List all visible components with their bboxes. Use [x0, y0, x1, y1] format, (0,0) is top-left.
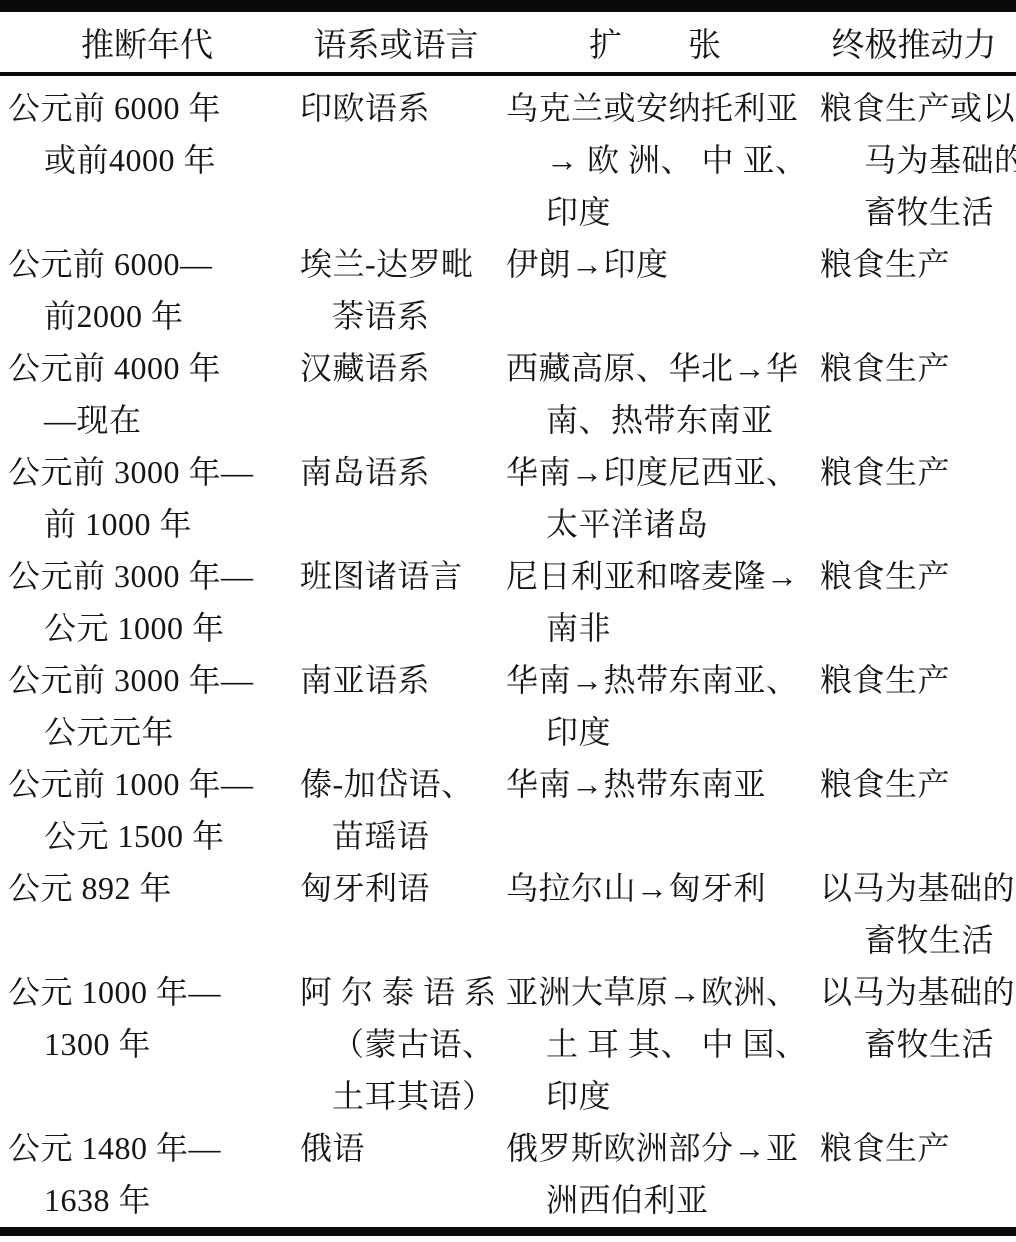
expansion-cell: 乌拉尔山→匈牙利	[498, 862, 812, 914]
table-row: 公元 892 年 匈牙利语 乌拉尔山→匈牙利 以马为基础的 畜牧生活	[0, 862, 1016, 966]
cell-line: 伊朗→印度	[498, 238, 812, 290]
table-row: 公元前 6000— 前2000 年 埃兰-达罗毗 荼语系 伊朗→印度 粮食生产	[0, 238, 1016, 342]
cell-line: 粮食生产	[812, 1122, 1016, 1174]
date-cell: 公元前 1000 年— 公元 1500 年	[0, 758, 294, 862]
family-cell: 阿 尔 泰 语 系 （蒙古语、 土耳其语）	[294, 966, 498, 1122]
cell-line: 前2000 年	[0, 290, 294, 342]
cell-line: 粮食生产	[812, 446, 1016, 498]
force-cell: 粮食生产	[812, 446, 1016, 498]
cell-line: 西藏高原、华北→华	[498, 342, 812, 394]
cell-line: 乌拉尔山→匈牙利	[498, 862, 812, 914]
cell-line: 公元 1000 年—	[0, 966, 294, 1018]
cell-line: 太平洋诸岛	[498, 498, 812, 550]
table-row: 公元前 3000 年— 公元元年 南亚语系 华南→热带东南亚、 印度 粮食生产	[0, 654, 1016, 758]
cell-line: 印度	[498, 706, 812, 758]
table-row: 公元前 4000 年 —现在 汉藏语系 西藏高原、华北→华 南、热带东南亚 粮食…	[0, 342, 1016, 446]
force-cell: 粮食生产或以 马为基础的 畜牧生活	[812, 82, 1016, 238]
date-cell: 公元 1000 年— 1300 年	[0, 966, 294, 1070]
cell-line: 公元元年	[0, 706, 294, 758]
date-cell: 公元 1480 年— 1638 年	[0, 1122, 294, 1226]
cell-line: 粮食生产	[812, 654, 1016, 706]
header-expansion: 扩 张	[498, 19, 812, 66]
book-table-page: 推断年代 语系或语言 扩 张 终极推动力 公元前 6000 年 或前4000 年…	[0, 0, 1016, 1242]
cell-line: 亚洲大草原→欧洲、	[498, 966, 812, 1018]
expansion-cell: 伊朗→印度	[498, 238, 812, 290]
expansion-cell: 华南→热带东南亚	[498, 758, 812, 810]
cell-line: 或前4000 年	[0, 134, 294, 186]
cell-line: 以马为基础的	[812, 966, 1016, 1018]
family-cell: 埃兰-达罗毗 荼语系	[294, 238, 498, 342]
expansion-cell: 俄罗斯欧洲部分→亚 洲西伯利亚	[498, 1122, 812, 1226]
date-cell: 公元前 3000 年— 公元 1000 年	[0, 550, 294, 654]
expansion-cell: 西藏高原、华北→华 南、热带东南亚	[498, 342, 812, 446]
expansion-cell: 尼日利亚和喀麦隆→ 南非	[498, 550, 812, 654]
cell-line: 南亚语系	[294, 654, 498, 706]
force-cell: 粮食生产	[812, 550, 1016, 602]
cell-line: 畜牧生活	[812, 1018, 1016, 1070]
cell-line: 公元前 6000—	[0, 238, 294, 290]
date-cell: 公元前 6000 年 或前4000 年	[0, 82, 294, 186]
cell-line: 土 耳 其、 中 国、	[498, 1018, 812, 1070]
cell-line: 畜牧生活	[812, 914, 1016, 966]
family-cell: 傣-加岱语、 苗瑶语	[294, 758, 498, 862]
header-family: 语系或语言	[294, 19, 498, 66]
date-cell: 公元前 3000 年— 前 1000 年	[0, 446, 294, 550]
table-body: 公元前 6000 年 或前4000 年 印欧语系 乌克兰或安纳托利亚 → 欧 洲…	[0, 76, 1016, 1226]
force-cell: 以马为基础的 畜牧生活	[812, 966, 1016, 1070]
header-date: 推断年代	[0, 19, 294, 66]
cell-line: 阿 尔 泰 语 系	[294, 966, 498, 1018]
cell-line: 公元前 3000 年—	[0, 654, 294, 706]
cell-line: 以马为基础的	[812, 862, 1016, 914]
expansion-cell: 华南→印度尼西亚、 太平洋诸岛	[498, 446, 812, 550]
family-cell: 俄语	[294, 1122, 498, 1174]
cell-line: 马为基础的	[812, 134, 1016, 186]
bottom-rule	[0, 1227, 1016, 1236]
force-cell: 粮食生产	[812, 342, 1016, 394]
cell-line: 前 1000 年	[0, 498, 294, 550]
cell-line: 公元 1000 年	[0, 602, 294, 654]
cell-line: 粮食生产	[812, 238, 1016, 290]
date-cell: 公元前 6000— 前2000 年	[0, 238, 294, 342]
cell-line: 华南→印度尼西亚、	[498, 446, 812, 498]
table-row: 公元前 3000 年— 前 1000 年 南岛语系 华南→印度尼西亚、 太平洋诸…	[0, 446, 1016, 550]
cell-line: 洲西伯利亚	[498, 1174, 812, 1226]
force-cell: 粮食生产	[812, 238, 1016, 290]
cell-line: 粮食生产或以	[812, 82, 1016, 134]
cell-line: 公元前 1000 年—	[0, 758, 294, 810]
table-row: 公元前 1000 年— 公元 1500 年 傣-加岱语、 苗瑶语 华南→热带东南…	[0, 758, 1016, 862]
cell-line: 匈牙利语	[294, 862, 498, 914]
cell-line: 印度	[498, 1070, 812, 1122]
header-force: 终极推动力	[812, 19, 1016, 66]
cell-line: 俄罗斯欧洲部分→亚	[498, 1122, 812, 1174]
cell-line: 荼语系	[294, 290, 498, 342]
cell-line: 乌克兰或安纳托利亚	[498, 82, 812, 134]
cell-line: 公元前 6000 年	[0, 82, 294, 134]
cell-line: 埃兰-达罗毗	[294, 238, 498, 290]
cell-line: 公元前 3000 年—	[0, 550, 294, 602]
cell-line: 南非	[498, 602, 812, 654]
cell-line: 汉藏语系	[294, 342, 498, 394]
cell-line: 粮食生产	[812, 550, 1016, 602]
family-cell: 南岛语系	[294, 446, 498, 498]
cell-line: → 欧 洲、 中 亚、	[498, 134, 812, 186]
cell-line: 粮食生产	[812, 342, 1016, 394]
cell-line: 1638 年	[0, 1174, 294, 1226]
date-cell: 公元前 3000 年— 公元元年	[0, 654, 294, 758]
force-cell: 粮食生产	[812, 654, 1016, 706]
cell-line: 公元 892 年	[0, 862, 294, 914]
cell-line: （蒙古语、	[294, 1018, 498, 1070]
cell-line: 土耳其语）	[294, 1070, 498, 1122]
family-cell: 南亚语系	[294, 654, 498, 706]
table-row: 公元 1480 年— 1638 年 俄语 俄罗斯欧洲部分→亚 洲西伯利亚 粮食生…	[0, 1122, 1016, 1226]
cell-line: 1300 年	[0, 1018, 294, 1070]
cell-line: 公元 1500 年	[0, 810, 294, 862]
top-double-rule	[0, 0, 1016, 12]
expansion-cell: 乌克兰或安纳托利亚 → 欧 洲、 中 亚、 印度	[498, 82, 812, 238]
cell-line: 俄语	[294, 1122, 498, 1174]
cell-line: 粮食生产	[812, 758, 1016, 810]
cell-line: 南、热带东南亚	[498, 394, 812, 446]
date-cell: 公元 892 年	[0, 862, 294, 914]
date-cell: 公元前 4000 年 —现在	[0, 342, 294, 446]
family-cell: 汉藏语系	[294, 342, 498, 394]
cell-line: 公元前 3000 年—	[0, 446, 294, 498]
cell-line: 畜牧生活	[812, 186, 1016, 238]
cell-line: 公元 1480 年—	[0, 1122, 294, 1174]
cell-line: 华南→热带东南亚、	[498, 654, 812, 706]
cell-line: 公元前 4000 年	[0, 342, 294, 394]
force-cell: 粮食生产	[812, 758, 1016, 810]
cell-line: 印欧语系	[294, 82, 498, 134]
expansion-cell: 华南→热带东南亚、 印度	[498, 654, 812, 758]
cell-line: 尼日利亚和喀麦隆→	[498, 550, 812, 602]
table-row: 公元前 3000 年— 公元 1000 年 班图诸语言 尼日利亚和喀麦隆→ 南非…	[0, 550, 1016, 654]
cell-line: —现在	[0, 394, 294, 446]
force-cell: 以马为基础的 畜牧生活	[812, 862, 1016, 966]
table-row: 公元前 6000 年 或前4000 年 印欧语系 乌克兰或安纳托利亚 → 欧 洲…	[0, 82, 1016, 238]
cell-line: 南岛语系	[294, 446, 498, 498]
table-header-row: 推断年代 语系或语言 扩 张 终极推动力	[0, 12, 1016, 72]
table-row: 公元 1000 年— 1300 年 阿 尔 泰 语 系 （蒙古语、 土耳其语） …	[0, 966, 1016, 1122]
cell-line: 傣-加岱语、	[294, 758, 498, 810]
force-cell: 粮食生产	[812, 1122, 1016, 1174]
cell-line: 印度	[498, 186, 812, 238]
cell-line: 苗瑶语	[294, 810, 498, 862]
family-cell: 印欧语系	[294, 82, 498, 134]
family-cell: 匈牙利语	[294, 862, 498, 914]
cell-line: 华南→热带东南亚	[498, 758, 812, 810]
family-cell: 班图诸语言	[294, 550, 498, 602]
expansion-cell: 亚洲大草原→欧洲、 土 耳 其、 中 国、 印度	[498, 966, 812, 1122]
cell-line: 班图诸语言	[294, 550, 498, 602]
